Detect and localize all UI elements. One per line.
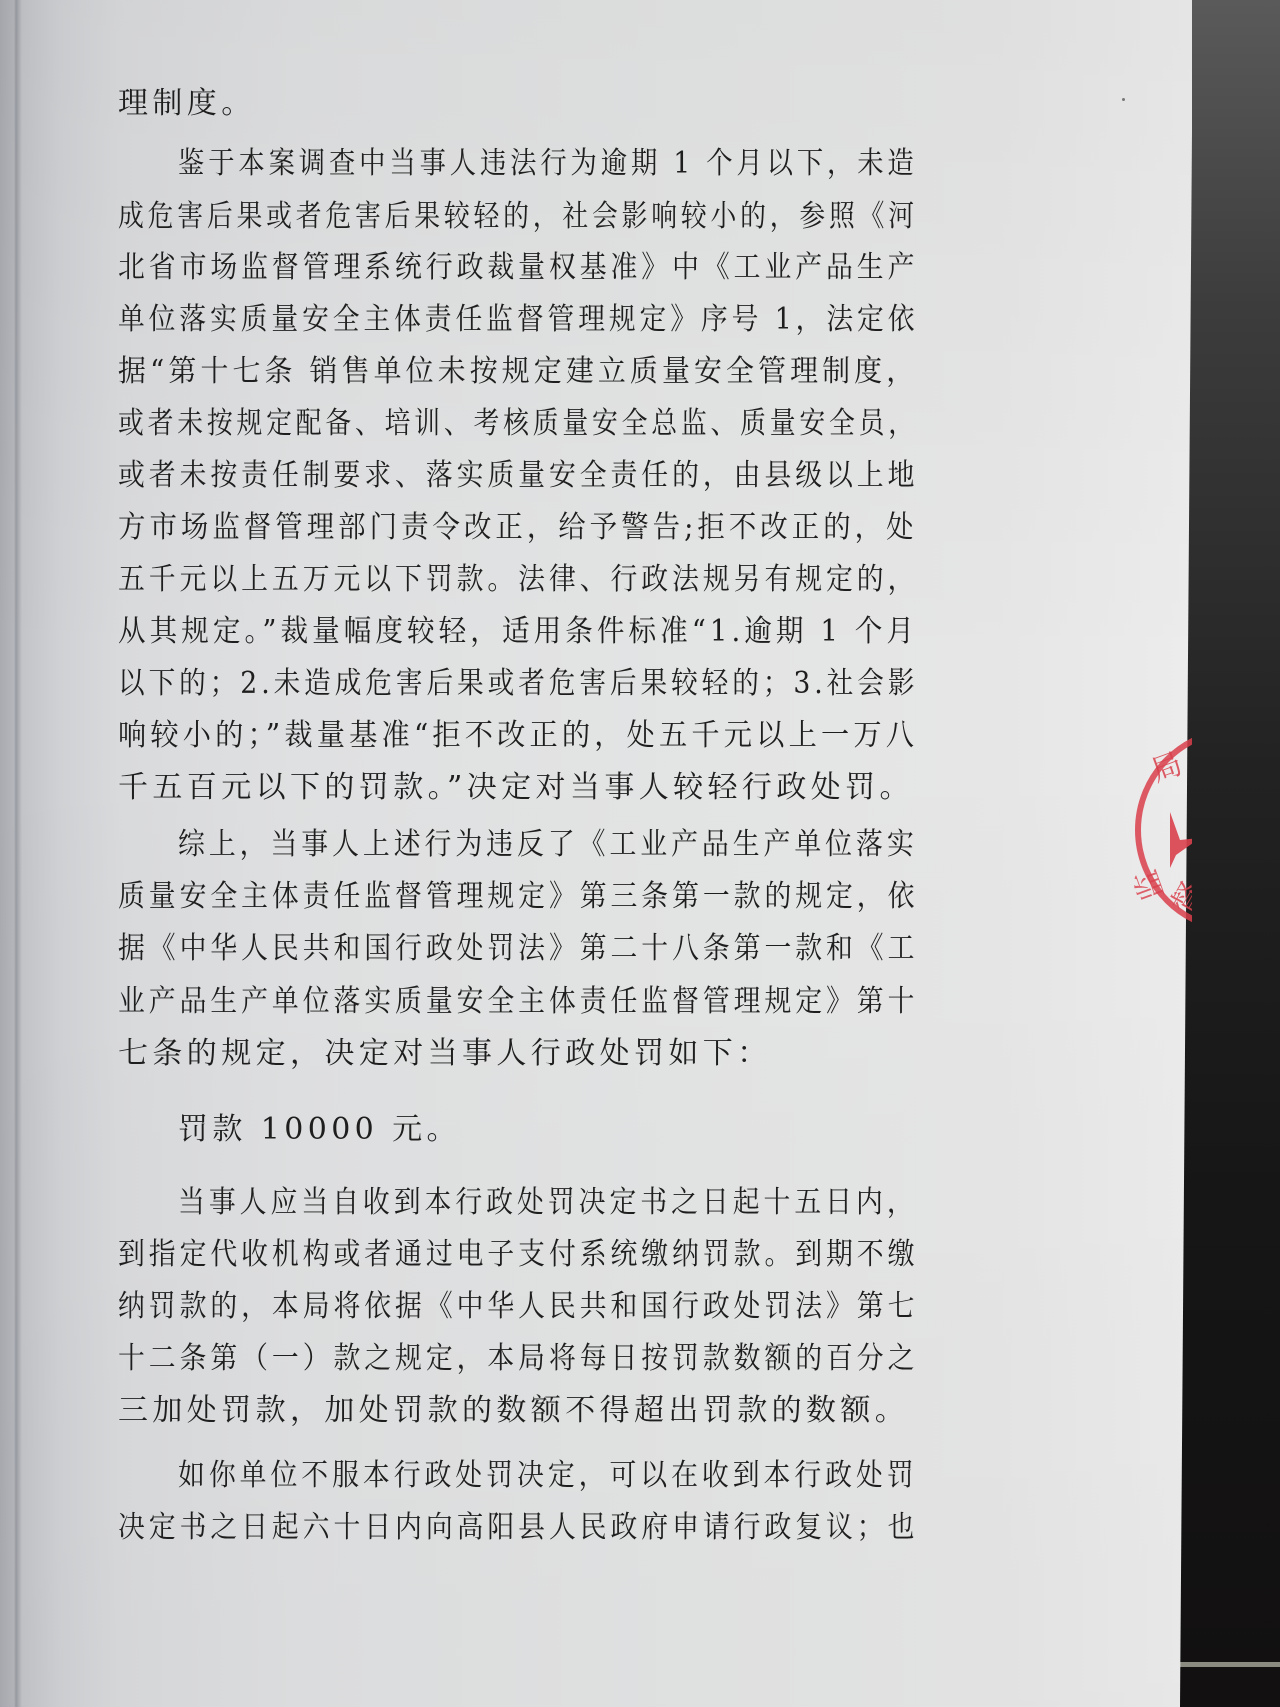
- document-line: 据“第十七条 销售单位未按规定建立质量安全管理制度，: [118, 354, 918, 390]
- document-line: 决定书之日起六十日内向高阳县人民政府申请行政复议；也: [118, 1510, 918, 1546]
- svg-text:局: 局: [1147, 746, 1187, 789]
- document-line: 三加处罚款，加处罚款的数额不得超出罚款的数额。: [118, 1393, 909, 1429]
- document-line: 纳罚款的，本局将依据《中华人民共和国行政处罚法》第七: [118, 1289, 918, 1325]
- document-line: 理制度。: [118, 86, 256, 122]
- document-line: 综上，当事人上述行为违反了《工业产品生产单位落实: [178, 827, 918, 863]
- document-line: 十二条第（一）款之规定，本局将每日按罚款数额的百分之: [118, 1341, 918, 1377]
- seal-icon: 局 督 监 1 5: [1128, 720, 1192, 940]
- table-edge-stripe: [1180, 1662, 1280, 1667]
- document-line: 从其规定。”裁量幅度较轻，适用条件标准“1.逾期 1 个月: [118, 614, 918, 650]
- document-line: 据《中华人民共和国行政处罚法》第二十八条第一款和《工: [118, 931, 918, 967]
- document-line: 响较小的；”裁量基准“拒不改正的，处五千元以上一万八: [118, 718, 918, 754]
- document-line: 单位落实质量安全主体责任监督管理规定》序号 1，法定依: [118, 302, 918, 338]
- official-seal: 局 督 监 1 5: [1100, 700, 1192, 960]
- document-line: 方市场监督管理部门责令改正，给予警告;拒不改正的，处: [118, 510, 918, 546]
- document-line: 或者未按责任制要求、落实质量安全责任的，由县级以上地: [118, 458, 918, 494]
- document-line: 如你单位不服本行政处罚决定，可以在收到本行政处罚: [178, 1458, 918, 1494]
- document-line: 成危害后果或者危害后果较轻的，社会影响较小的，参照《河: [118, 199, 918, 235]
- document-line: 业产品生产单位落实质量安全主体责任监督管理规定》第十: [118, 984, 918, 1020]
- document-line: 当事人应当自收到本行政处罚决定书之日起十五日内，: [178, 1185, 918, 1221]
- svg-text:监: 监: [1128, 865, 1171, 905]
- document-line: 千五百元以下的罚款。”决定对当事人较轻行政处罚。: [118, 770, 914, 806]
- document-line: 罚款 10000 元。: [178, 1112, 461, 1148]
- document-line: 到指定代收机构或者通过电子支付系统缴纳罚款。到期不缴: [118, 1237, 918, 1273]
- document-line: 北省市场监督管理系统行政裁量权基准》中《工业产品生产: [118, 250, 918, 286]
- document-line: 七条的规定，决定对当事人行政处罚如下：: [118, 1036, 772, 1072]
- document-page: 理制度。鉴于本案调查中当事人违法行为逾期 1 个月以下，未造成危害后果或者危害后…: [0, 0, 1192, 1707]
- document-line: 五千元以上五万元以下罚款。法律、行政法规另有规定的，: [118, 562, 918, 598]
- document-line: 鉴于本案调查中当事人违法行为逾期 1 个月以下，未造: [178, 146, 918, 182]
- svg-text:督: 督: [1165, 877, 1192, 920]
- document-line: 以下的；2.未造成危害后果或者危害后果较轻的；3.社会影: [118, 666, 918, 702]
- document-line: 质量安全主体责任监督管理规定》第三条第一款的规定，依: [118, 879, 918, 915]
- paper-speck: [1122, 98, 1125, 101]
- document-line: 或者未按规定配备、培训、考核质量安全总监、质量安全员，: [118, 406, 918, 442]
